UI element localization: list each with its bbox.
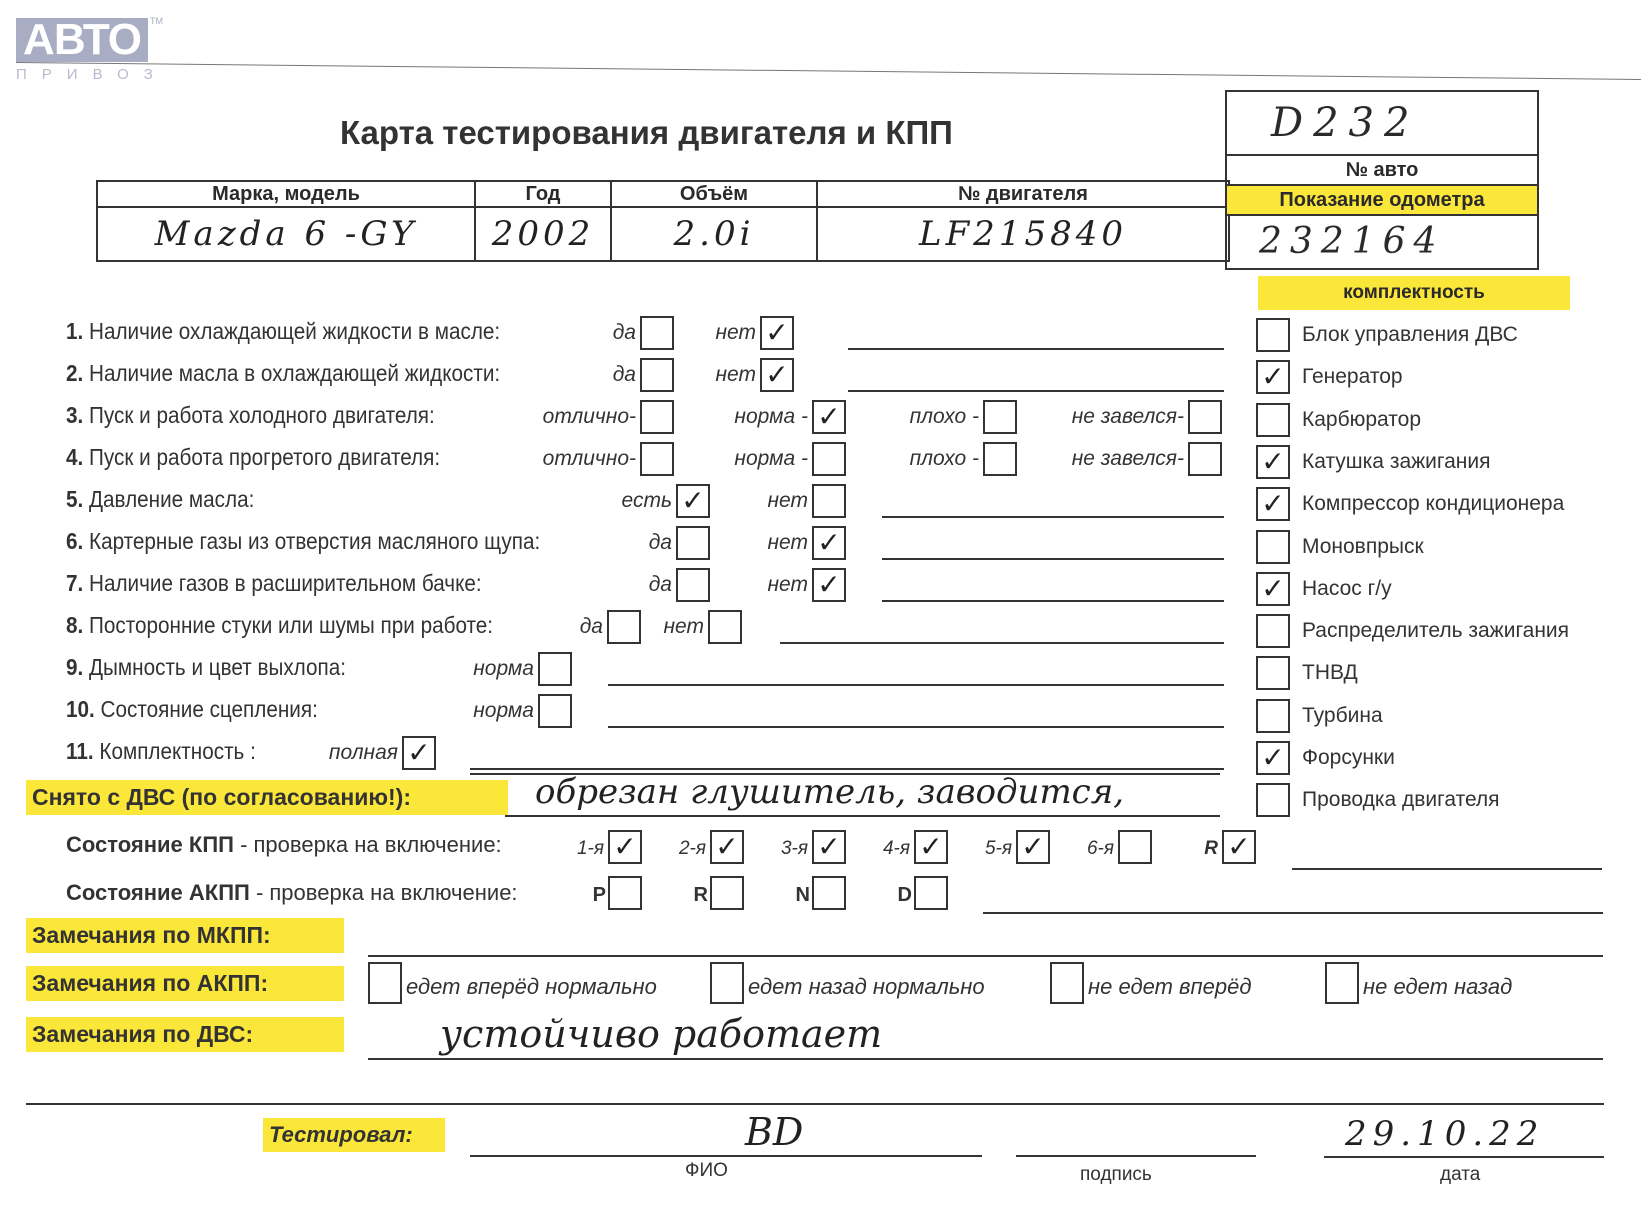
- akpp-remark-label: едет вперёд нормально: [406, 974, 657, 1000]
- manual-gear-checkbox[interactable]: ✓: [1222, 830, 1256, 864]
- option-label: нет: [716, 321, 757, 345]
- check-question: 7. Наличие газов в расширительном бачке:: [66, 570, 482, 597]
- check-question: 9. Дымность и цвет выхлопа:: [66, 654, 346, 681]
- checkbox-9-1[interactable]: [538, 652, 572, 686]
- answer-line: [470, 768, 1224, 770]
- checkbox-2-2[interactable]: ✓: [760, 358, 794, 392]
- akpp-remark-label: едет назад нормально: [748, 974, 985, 1000]
- make-model-value[interactable]: Mazda 6 -GY: [97, 207, 475, 261]
- completeness-item-label: Форсунки: [1302, 746, 1395, 770]
- check-number: 5.: [66, 486, 89, 512]
- volume-label: Объём: [611, 181, 817, 207]
- mkpp-remarks-label: Замечания по МКПП:: [26, 918, 344, 953]
- checkbox-4-2[interactable]: [812, 442, 846, 476]
- date-line: [1324, 1156, 1604, 1158]
- checkbox-4-1[interactable]: [640, 442, 674, 476]
- checkbox-3-1[interactable]: [640, 400, 674, 434]
- completeness-heading: комплектность: [1258, 276, 1570, 310]
- logo: АВТО: [16, 18, 148, 62]
- completeness-item-label: Компрессор кондиционера: [1302, 492, 1564, 516]
- check-label: Пуск и работа холодного двигателя:: [89, 402, 435, 428]
- akpp-remark-checkbox[interactable]: [368, 962, 402, 1004]
- dvs-remarks-label: Замечания по ДВС:: [26, 1017, 344, 1052]
- option-label: нет: [768, 573, 809, 597]
- manual-gearbox-line: [1292, 868, 1602, 870]
- option-label: отлично-: [543, 405, 636, 429]
- option-label: да: [613, 321, 636, 345]
- check-mark-icon: ✓: [1021, 830, 1044, 863]
- check-number: 3.: [66, 402, 89, 428]
- checkbox-6-2[interactable]: ✓: [812, 526, 846, 560]
- mkpp-remarks-line[interactable]: [368, 955, 1603, 957]
- check-label: Наличие масла в охлаждающей жидкости:: [89, 360, 500, 386]
- check-question: 4. Пуск и работа прогретого двигателя:: [66, 444, 440, 471]
- footer-divider: [26, 1103, 1604, 1105]
- manual-gearbox-label: Состояние КПП - проверка на включение:: [66, 832, 502, 858]
- check-mark-icon: ✓: [681, 484, 704, 517]
- check-label: Комплектность :: [99, 738, 255, 764]
- odometer-value[interactable]: 232164: [1227, 216, 1537, 268]
- vehicle-info-table: Марка, модель Год Объём № двигателя Mazd…: [96, 180, 1230, 262]
- checkbox-2-1[interactable]: [640, 358, 674, 392]
- akpp-remarks-label: Замечания по АКПП:: [26, 966, 344, 1001]
- manual-gear-checkbox[interactable]: ✓: [608, 830, 642, 864]
- auto-gearbox-label: Состояние АКПП - проверка на включение:: [66, 880, 518, 906]
- auto-gear-checkbox[interactable]: [710, 876, 744, 910]
- removed-line: [505, 815, 1220, 817]
- completeness-item-label: Моновпрыск: [1302, 535, 1424, 559]
- option-label: норма: [473, 699, 534, 723]
- completeness-checkbox[interactable]: [1256, 699, 1290, 733]
- check-mark-icon: ✓: [817, 400, 840, 433]
- completeness-checkbox[interactable]: [1256, 403, 1290, 437]
- gear-label: 1-я: [577, 838, 604, 860]
- check-mark-icon: ✓: [817, 568, 840, 601]
- check-number: 8.: [66, 612, 89, 638]
- answer-line: [882, 558, 1224, 560]
- name-line: [470, 1155, 982, 1157]
- completeness-checkbox[interactable]: ✓: [1256, 741, 1290, 775]
- check-label: Наличие газов в расширительном бачке:: [89, 570, 482, 596]
- completeness-checkbox[interactable]: ✓: [1256, 360, 1290, 394]
- option-label: плохо -: [910, 405, 979, 429]
- akpp-remark-checkbox[interactable]: [1050, 962, 1084, 1004]
- checkbox-7-2[interactable]: ✓: [812, 568, 846, 602]
- gear-label: 5-я: [985, 838, 1012, 860]
- signature-line[interactable]: [1016, 1155, 1256, 1157]
- name-caption: ФИО: [685, 1160, 728, 1182]
- removed-value[interactable]: обрезан глушитель, заводится,: [535, 772, 1124, 812]
- check-mark-icon: ✓: [1261, 360, 1284, 393]
- gear-label: 3-я: [781, 838, 808, 860]
- completeness-item-label: Катушка зажигания: [1302, 450, 1490, 474]
- completeness-item-label: Блок управления ДВС: [1302, 323, 1518, 347]
- check-question: 11. Комплектность :: [66, 738, 256, 765]
- answer-line: [780, 642, 1224, 644]
- auto-gear-checkbox[interactable]: [608, 876, 642, 910]
- checkbox-4-3[interactable]: [983, 442, 1017, 476]
- option-label: плохо -: [910, 447, 979, 471]
- check-mark-icon: ✓: [765, 358, 788, 391]
- checkbox-10-1[interactable]: [538, 694, 572, 728]
- check-number: 1.: [66, 318, 89, 344]
- completeness-item-label: Турбина: [1302, 704, 1383, 728]
- answer-line: [608, 726, 1224, 728]
- check-mark-icon: ✓: [715, 830, 738, 863]
- check-mark-icon: ✓: [817, 526, 840, 559]
- completeness-item-label: ТНВД: [1302, 661, 1358, 685]
- checkbox-3-4[interactable]: [1188, 400, 1222, 434]
- completeness-checkbox[interactable]: ✓: [1256, 487, 1290, 521]
- completeness-item-label: Карбюратор: [1302, 408, 1421, 432]
- gear-label: N: [796, 884, 810, 907]
- removed-label: Снято с ДВС (по согласованию!):: [26, 780, 508, 815]
- gear-label: R: [694, 884, 708, 907]
- manual-gear-checkbox[interactable]: [1118, 830, 1152, 864]
- completeness-checkbox[interactable]: [1256, 614, 1290, 648]
- option-label: не завелся-: [1072, 405, 1184, 429]
- completeness-checkbox[interactable]: [1256, 530, 1290, 564]
- manual-gear-checkbox[interactable]: ✓: [914, 830, 948, 864]
- check-mark-icon: ✓: [1227, 830, 1250, 863]
- answer-line: [848, 390, 1224, 392]
- check-mark-icon: ✓: [1261, 487, 1284, 520]
- auto-gear-checkbox[interactable]: [812, 876, 846, 910]
- option-label: нет: [768, 489, 809, 513]
- manual-gear-checkbox[interactable]: ✓: [812, 830, 846, 864]
- completeness-item-label: Насос г/у: [1302, 577, 1392, 601]
- gear-label: P: [593, 884, 606, 907]
- check-number: 9.: [66, 654, 89, 680]
- check-label: Давление масла:: [89, 486, 254, 512]
- checkbox-7-1[interactable]: [676, 568, 710, 602]
- option-label: полная: [329, 741, 398, 765]
- logo-trademark: TM: [150, 16, 163, 26]
- check-question: 2. Наличие масла в охлаждающей жидкости:: [66, 360, 500, 387]
- check-label: Посторонние стуки или шумы при работе:: [89, 612, 493, 638]
- checkbox-5-2[interactable]: [812, 484, 846, 518]
- checkbox-1-1[interactable]: [640, 316, 674, 350]
- car-number-value[interactable]: D232: [1227, 92, 1537, 156]
- name-value[interactable]: BD: [745, 1110, 803, 1154]
- odometer-label: Показание одометра: [1227, 186, 1537, 216]
- check-question: 6. Картерные газы из отверстия масляного…: [66, 528, 540, 555]
- date-value[interactable]: 29.10.22: [1345, 1114, 1544, 1154]
- checkbox-3-2[interactable]: ✓: [812, 400, 846, 434]
- option-label: норма -: [734, 405, 808, 429]
- option-label: не завелся-: [1072, 447, 1184, 471]
- check-question: 3. Пуск и работа холодного двигателя:: [66, 402, 435, 429]
- signature-caption: подпись: [1080, 1164, 1152, 1186]
- gear-label: R: [1204, 838, 1218, 860]
- completeness-item-label: Генератор: [1302, 365, 1403, 389]
- answer-line: [848, 348, 1224, 350]
- auto-gear-checkbox[interactable]: [914, 876, 948, 910]
- checkbox-4-4[interactable]: [1188, 442, 1222, 476]
- check-label: Наличие охлаждающей жидкости в масле:: [89, 318, 500, 344]
- gear-label: D: [898, 884, 912, 907]
- completeness-checkbox[interactable]: ✓: [1256, 445, 1290, 479]
- option-label: отлично-: [543, 447, 636, 471]
- option-label: нет: [716, 363, 757, 387]
- akpp-remark-checkbox[interactable]: [1325, 962, 1359, 1004]
- option-label: нет: [664, 615, 705, 639]
- akpp-remark-checkbox[interactable]: [710, 962, 744, 1004]
- check-number: 2.: [66, 360, 89, 386]
- check-number: 10.: [66, 696, 101, 722]
- gear-label: 6-я: [1087, 838, 1114, 860]
- option-label: норма: [473, 657, 534, 681]
- check-number: 7.: [66, 570, 89, 596]
- option-label: да: [649, 531, 672, 555]
- check-mark-icon: ✓: [765, 316, 788, 349]
- engine-number-value[interactable]: LF215840: [817, 207, 1229, 261]
- year-value[interactable]: 2002: [475, 207, 611, 261]
- checkbox-5-1[interactable]: ✓: [676, 484, 710, 518]
- option-label: нет: [768, 531, 809, 555]
- dvs-remarks-line: [368, 1058, 1603, 1060]
- make-model-label: Марка, модель: [97, 181, 475, 207]
- check-mark-icon: ✓: [919, 830, 942, 863]
- check-number: 4.: [66, 444, 89, 470]
- gear-label: 4-я: [883, 838, 910, 860]
- check-question: 5. Давление масла:: [66, 486, 254, 513]
- manual-gear-checkbox[interactable]: ✓: [710, 830, 744, 864]
- check-label: Состояние сцепления:: [101, 696, 318, 722]
- check-number: 11.: [66, 738, 99, 764]
- manual-gear-checkbox[interactable]: ✓: [1016, 830, 1050, 864]
- option-label: да: [613, 363, 636, 387]
- check-mark-icon: ✓: [407, 736, 430, 769]
- completeness-item-label: Проводка двигателя: [1302, 788, 1500, 812]
- completeness-checkbox[interactable]: [1256, 318, 1290, 352]
- date-caption: дата: [1440, 1164, 1480, 1186]
- checkbox-8-2[interactable]: [708, 610, 742, 644]
- check-label: Пуск и работа прогретого двигателя:: [89, 444, 440, 470]
- logo-subtitle: ПРИВОЗ: [16, 66, 168, 83]
- option-label: да: [649, 573, 672, 597]
- header-divider: [16, 62, 1641, 80]
- gear-label: 2-я: [679, 838, 706, 860]
- checkbox-3-3[interactable]: [983, 400, 1017, 434]
- akpp-remark-label: не едет вперёд: [1088, 974, 1252, 1000]
- year-label: Год: [475, 181, 611, 207]
- check-mark-icon: ✓: [1261, 445, 1284, 478]
- check-mark-icon: ✓: [1261, 741, 1284, 774]
- tested-by-label: Тестировал:: [263, 1118, 445, 1152]
- checkbox-11-1[interactable]: ✓: [402, 736, 436, 770]
- completeness-checkbox[interactable]: [1256, 656, 1290, 690]
- auto-gearbox-line: [983, 912, 1603, 914]
- answer-line: [882, 600, 1224, 602]
- page-title: Карта тестирования двигателя и КПП: [340, 114, 953, 152]
- akpp-remark-label: не едет назад: [1363, 974, 1512, 1000]
- checkbox-1-2[interactable]: ✓: [760, 316, 794, 350]
- dvs-remarks-value[interactable]: устойчиво работает: [440, 1012, 882, 1056]
- option-label: да: [580, 615, 603, 639]
- check-mark-icon: ✓: [1261, 572, 1284, 605]
- completeness-checkbox[interactable]: ✓: [1256, 572, 1290, 606]
- completeness-item-label: Распределитель зажигания: [1302, 619, 1569, 643]
- check-label: Картерные газы из отверстия масляного щу…: [89, 528, 540, 554]
- option-label: есть: [622, 489, 672, 513]
- check-question: 10. Состояние сцепления:: [66, 696, 318, 723]
- car-number-box: D232 № авто Показание одометра 232164: [1225, 90, 1539, 270]
- completeness-checkbox[interactable]: [1256, 783, 1290, 817]
- engine-number-label: № двигателя: [817, 181, 1229, 207]
- answer-line: [882, 516, 1224, 518]
- volume-value[interactable]: 2.0i: [611, 207, 817, 261]
- check-question: 8. Посторонние стуки или шумы при работе…: [66, 612, 493, 639]
- option-label: норма -: [734, 447, 808, 471]
- check-label: Дымность и цвет выхлопа:: [89, 654, 346, 680]
- checkbox-6-1[interactable]: [676, 526, 710, 560]
- car-number-label: № авто: [1227, 156, 1537, 186]
- checkbox-8-1[interactable]: [607, 610, 641, 644]
- answer-line: [608, 684, 1224, 686]
- check-number: 6.: [66, 528, 89, 554]
- check-question: 1. Наличие охлаждающей жидкости в масле:: [66, 318, 500, 345]
- check-mark-icon: ✓: [817, 830, 840, 863]
- check-mark-icon: ✓: [613, 830, 636, 863]
